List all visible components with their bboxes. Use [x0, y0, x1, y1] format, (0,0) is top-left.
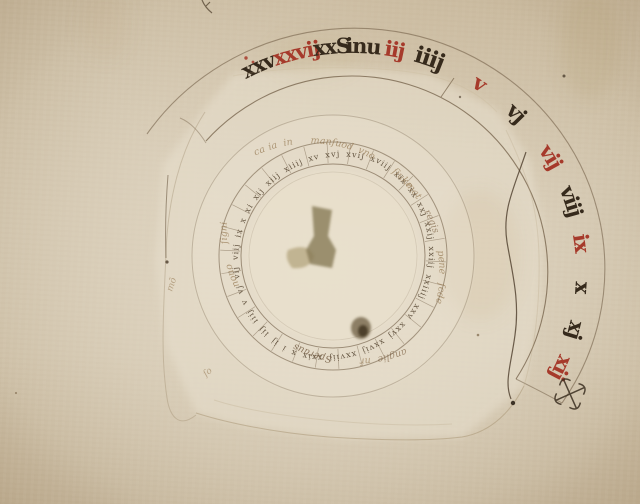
- outer-ring-numeral: ix: [568, 232, 595, 255]
- svg-text:xj: xj: [561, 318, 590, 341]
- outer-ring-numeral: xij: [545, 352, 578, 385]
- outer-ring-numeral: xxS: [311, 33, 350, 61]
- manuscript-volvelle-photo: i ij iij iiij v vj vij viij ix x xi xij …: [0, 0, 640, 504]
- svg-text:vj: vj: [501, 97, 531, 127]
- outer-ring-numeral: iij: [383, 35, 407, 63]
- svg-text:iij: iij: [383, 35, 407, 63]
- script-token: ſigni: [219, 221, 231, 245]
- outer-ring-numeral: vij: [534, 139, 568, 173]
- svg-text:ix: ix: [568, 232, 595, 255]
- svg-text:vij: vij: [534, 139, 568, 173]
- svg-text:v: v: [467, 69, 492, 98]
- script-token: pene: [435, 250, 448, 275]
- svg-text:xxS: xxS: [311, 33, 350, 61]
- outer-ring-numeral: xj: [561, 318, 590, 341]
- svg-text:x: x: [570, 281, 596, 296]
- svg-text:pene: pene: [435, 250, 448, 275]
- svg-text:iiij: iiij: [411, 41, 448, 76]
- svg-text:xij: xij: [545, 352, 578, 385]
- outer-ring-numeral: inu: [345, 33, 382, 60]
- svg-text:ſigni: ſigni: [219, 221, 231, 245]
- outer-ring-numeral: viij: [554, 181, 588, 219]
- parchment-page: i ij iij iiij v vj vij viij ix x xi xij …: [0, 0, 640, 504]
- outer-ring-numeral: iiij: [411, 41, 448, 76]
- outer-ring-numeral: x: [570, 281, 596, 296]
- outer-ring-numeral: v: [467, 69, 492, 98]
- svg-text:inu: inu: [345, 33, 382, 60]
- ink-blot: [351, 317, 371, 339]
- outer-ring-numeral: vj: [501, 97, 531, 127]
- svg-text:viij: viij: [554, 181, 588, 219]
